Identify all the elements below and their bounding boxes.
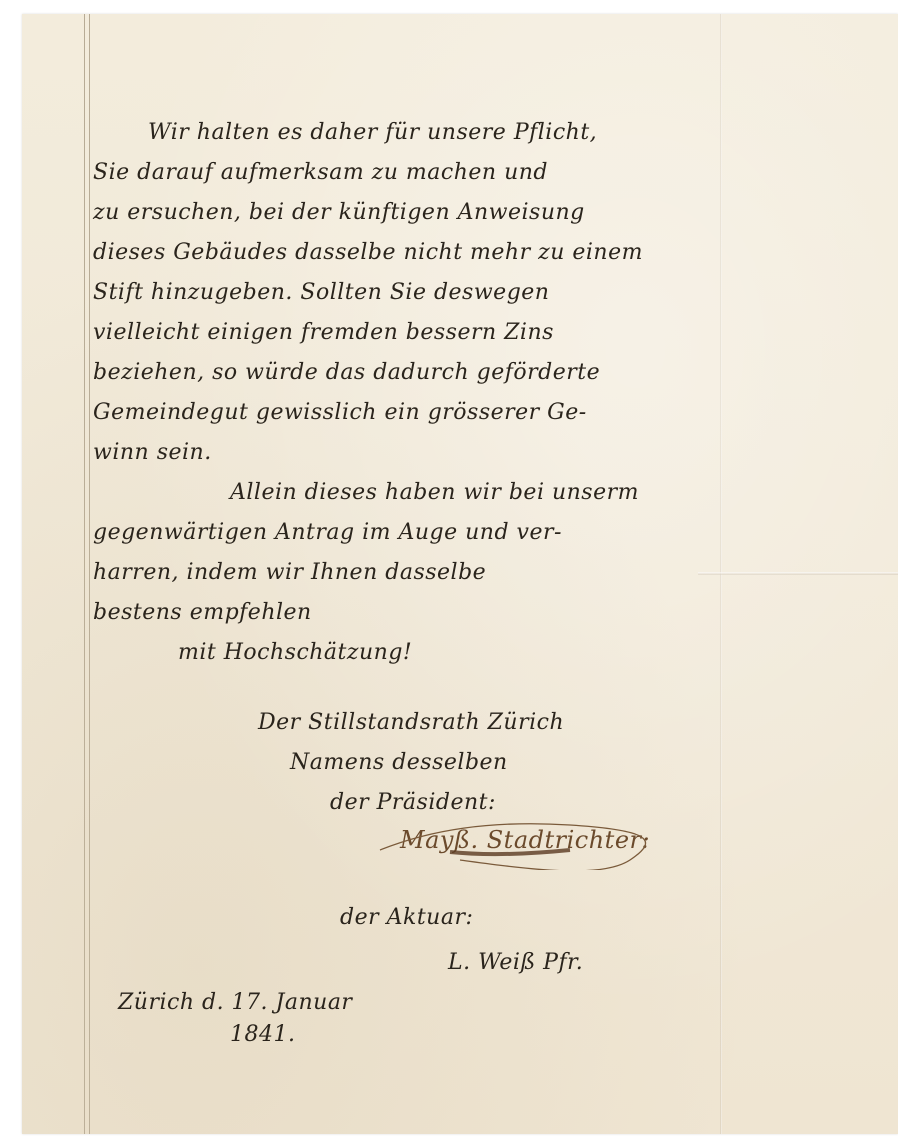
para2-line-3: harren, indem wir Ihnen dasselbe	[93, 560, 486, 585]
body-line-2: Sie darauf aufmerksam zu machen und	[93, 160, 548, 185]
actuary-label: der Aktuar:	[340, 905, 473, 930]
body-line-3: zu ersuchen, bei der künftigen Anweisung	[93, 200, 585, 225]
body-line-5: Stift hinzugeben. Sollten Sie deswegen	[93, 280, 549, 305]
margin-line-outer	[84, 14, 85, 1134]
para2-line-1: Allein dieses haben wir bei unserm	[230, 480, 639, 505]
horizontal-fold	[698, 572, 898, 575]
body-line-8: Gemeindegut gewisslich ein grösserer Ge-	[93, 400, 587, 425]
signature-flourish	[370, 810, 670, 870]
body-line-7: beziehen, so würde das dadurch gefördert…	[93, 360, 600, 385]
margin-line-inner	[89, 14, 90, 1134]
signature-line-1: Der Stillstandsrath Zürich	[258, 710, 564, 735]
actuary-signature: L. Weiß Pfr.	[448, 950, 583, 975]
signature-line-2: Namens desselben	[290, 750, 508, 775]
para2-line-2: gegenwärtigen Antrag im Auge und ver-	[93, 520, 562, 545]
closing-salutation: mit Hochschätzung!	[178, 640, 412, 665]
place-date-line-2: 1841.	[230, 1022, 295, 1047]
body-line-9: winn sein.	[93, 440, 212, 465]
para2-line-4: bestens empfehlen	[93, 600, 312, 625]
body-line-6: vielleicht einigen fremden bessern Zins	[93, 320, 554, 345]
body-line-1: Wir halten es daher für unsere Pflicht,	[148, 120, 597, 145]
body-line-4: dieses Gebäudes dasselbe nicht mehr zu e…	[93, 240, 643, 265]
place-date-line-1: Zürich d. 17. Januar	[118, 990, 352, 1015]
